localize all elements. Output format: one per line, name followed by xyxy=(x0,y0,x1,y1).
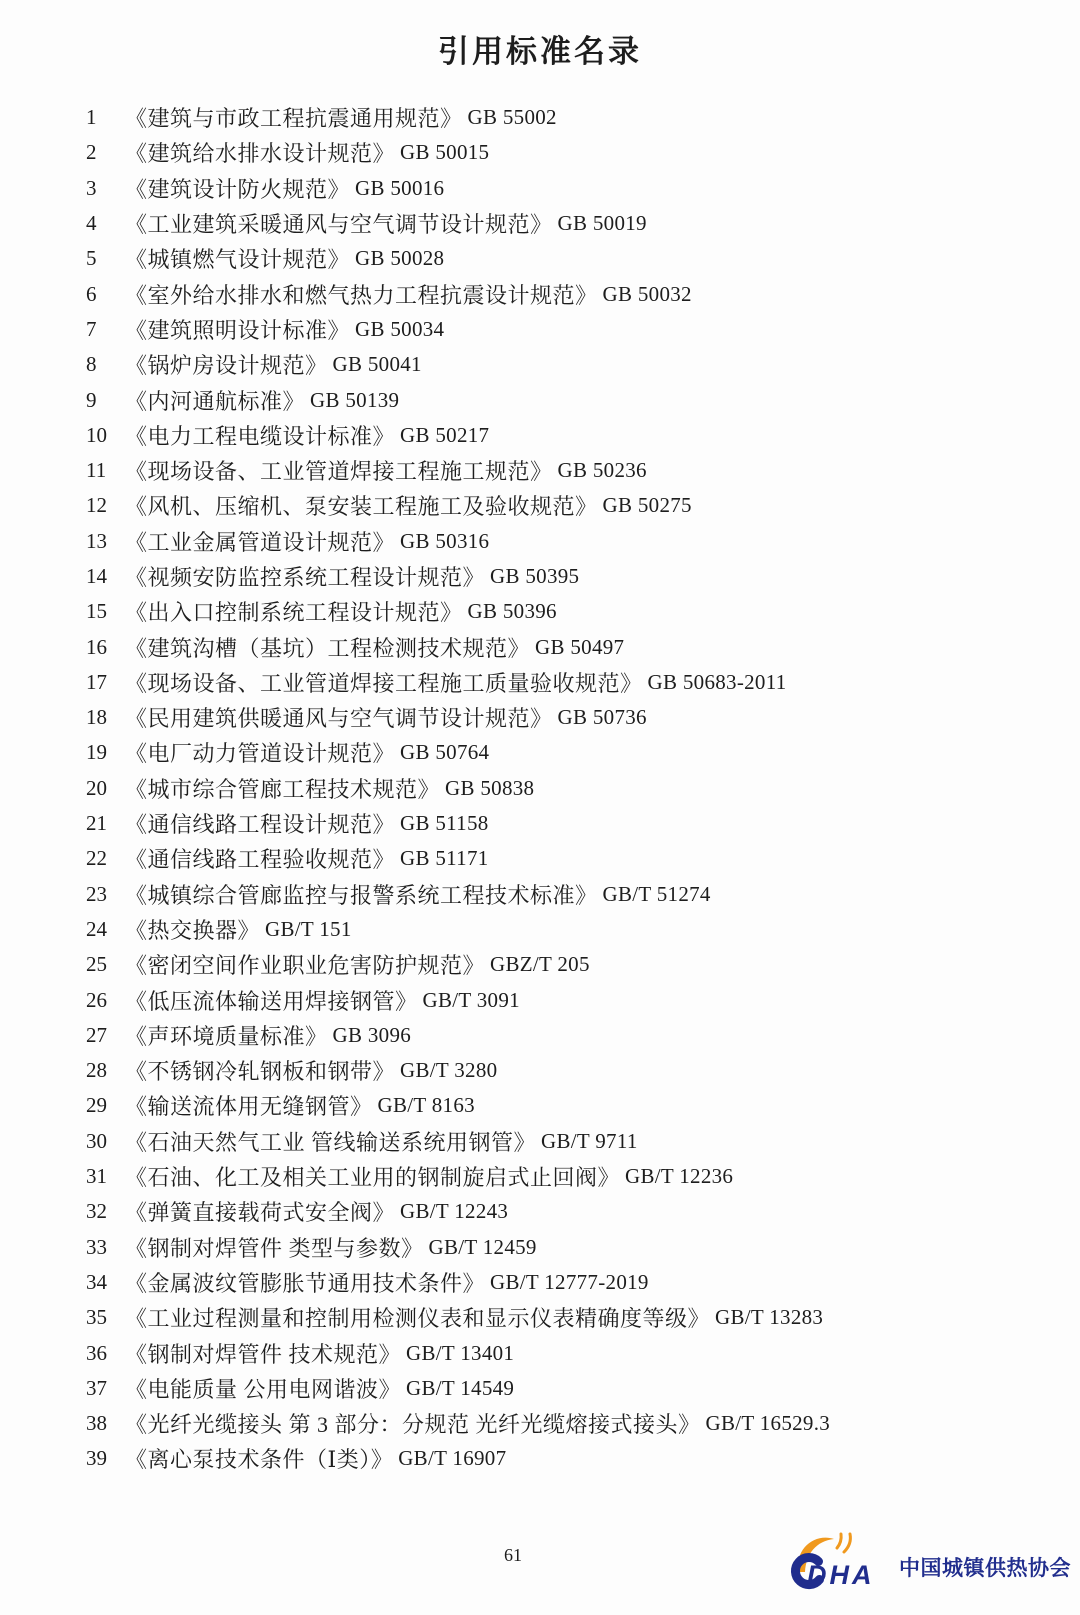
standard-code: GB/T 14549 xyxy=(406,1376,514,1401)
standard-number: 39 xyxy=(86,1446,125,1471)
dha-acronym-text: DHA xyxy=(807,1560,875,1590)
standard-name: 《建筑给水排水设计规范》 xyxy=(125,137,395,168)
standard-list-item: 35 《工业过程测量和控制用检测仪表和显示仪表精确度等级》 GB/T 13283 xyxy=(0,1300,1080,1335)
standard-list-item: 7 《建筑照明设计标准》 GB 50034 xyxy=(0,312,1080,347)
standard-name: 《输送流体用无缝钢管》 xyxy=(125,1090,373,1121)
standard-number: 17 xyxy=(86,670,125,695)
standard-code: GB 3096 xyxy=(333,1023,412,1048)
standard-list-item: 23 《城镇综合管廊监控与报警系统工程技术标准》 GB/T 51274 xyxy=(0,877,1080,912)
standard-number: 13 xyxy=(86,529,125,554)
standard-number: 29 xyxy=(86,1093,125,1118)
standard-code: GB 55002 xyxy=(468,105,557,130)
standard-name: 《室外给水排水和燃气热力工程抗震设计规范》 xyxy=(125,279,598,310)
standard-code: GB/T 51274 xyxy=(603,882,711,907)
standard-code: GB/T 13283 xyxy=(715,1305,823,1330)
standard-name: 《声环境质量标准》 xyxy=(125,1020,328,1051)
standard-number: 26 xyxy=(86,988,125,1013)
standard-code: GB 50764 xyxy=(400,740,489,765)
standard-name: 《建筑沟槽（基坑）工程检测技术规范》 xyxy=(125,632,530,663)
standard-list-item: 15 《出入口控制系统工程设计规范》 GB 50396 xyxy=(0,594,1080,629)
standard-number: 4 xyxy=(86,211,125,236)
standard-number: 19 xyxy=(86,740,125,765)
standard-name: 《低压流体输送用焊接钢管》 xyxy=(125,985,418,1016)
standard-code: GB 50683-2011 xyxy=(648,670,787,695)
standard-number: 6 xyxy=(86,282,125,307)
standard-number: 27 xyxy=(86,1023,125,1048)
standard-code: GB/T 151 xyxy=(265,917,352,942)
signal-arcs-icon xyxy=(837,1534,850,1552)
standard-number: 8 xyxy=(86,352,125,377)
standard-list-item: 30 《石油天然气工业 管线输送系统用钢管》 GB/T 9711 xyxy=(0,1124,1080,1159)
dha-logo-mark: DHA xyxy=(785,1531,887,1591)
standard-number: 1 xyxy=(86,105,125,130)
standard-list-item: 16 《建筑沟槽（基坑）工程检测技术规范》 GB 50497 xyxy=(0,629,1080,664)
standard-number: 10 xyxy=(86,423,125,448)
standard-number: 32 xyxy=(86,1199,125,1224)
standard-number: 33 xyxy=(86,1235,125,1260)
standard-code: GB/T 3280 xyxy=(400,1058,497,1083)
standard-list-item: 4 《工业建筑采暖通风与空气调节设计规范》 GB 50019 xyxy=(0,206,1080,241)
standard-name: 《热交换器》 xyxy=(125,914,260,945)
standard-list-item: 20 《城市综合管廊工程技术规范》 GB 50838 xyxy=(0,771,1080,806)
standard-number: 20 xyxy=(86,776,125,801)
standard-list-item: 29 《输送流体用无缝钢管》 GB/T 8163 xyxy=(0,1088,1080,1123)
standard-code: GB 50016 xyxy=(355,176,444,201)
standard-number: 23 xyxy=(86,882,125,907)
standard-name: 《现场设备、工业管道焊接工程施工质量验收规范》 xyxy=(125,667,643,698)
standard-number: 35 xyxy=(86,1305,125,1330)
standard-code: GB 50497 xyxy=(535,635,624,660)
standard-list-item: 24 《热交换器》 GB/T 151 xyxy=(0,912,1080,947)
standard-name: 《视频安防监控系统工程设计规范》 xyxy=(125,561,485,592)
standard-name: 《内河通航标准》 xyxy=(125,385,305,416)
standard-code: GB 50396 xyxy=(468,599,557,624)
standard-number: 25 xyxy=(86,952,125,977)
standard-code: GB/T 9711 xyxy=(541,1129,638,1154)
standard-number: 9 xyxy=(86,388,125,413)
document-page: 引用标准名录 1 《建筑与市政工程抗震通用规范》 GB 55002 2 《建筑给… xyxy=(0,0,1080,1615)
standard-list-item: 38 《光纤光缆接头 第 3 部分：分规范 光纤光缆熔接式接头》 GB/T 16… xyxy=(0,1406,1080,1441)
standard-list-item: 8 《锅炉房设计规范》 GB 50041 xyxy=(0,347,1080,382)
standard-name: 《石油天然气工业 管线输送系统用钢管》 xyxy=(125,1126,536,1157)
standard-code: GB 50217 xyxy=(400,423,489,448)
standard-name: 《建筑照明设计标准》 xyxy=(125,314,350,345)
standard-number: 15 xyxy=(86,599,125,624)
standard-list-item: 33 《钢制对焊管件 类型与参数》 GB/T 12459 xyxy=(0,1230,1080,1265)
standard-code: GB 50236 xyxy=(558,458,647,483)
standard-list-item: 31 《石油、化工及相关工业用的钢制旋启式止回阀》 GB/T 12236 xyxy=(0,1159,1080,1194)
standard-code: GB/T 12459 xyxy=(429,1235,537,1260)
standard-number: 3 xyxy=(86,176,125,201)
standard-number: 30 xyxy=(86,1129,125,1154)
standard-name: 《城镇燃气设计规范》 xyxy=(125,243,350,274)
org-logo: DHA 中国城镇供热协会 xyxy=(785,1531,1071,1591)
standard-code: GB 50028 xyxy=(355,246,444,271)
standard-list-item: 36 《钢制对焊管件 技术规范》 GB/T 13401 xyxy=(0,1335,1080,1370)
standard-list-item: 2 《建筑给水排水设计规范》 GB 50015 xyxy=(0,135,1080,170)
standard-code: GB/T 3091 xyxy=(423,988,520,1013)
standard-list-item: 9 《内河通航标准》 GB 50139 xyxy=(0,382,1080,417)
standard-code: GB 51171 xyxy=(400,846,489,871)
standard-code: GB 50019 xyxy=(558,211,647,236)
standard-code: GB 50015 xyxy=(400,140,489,165)
standard-code: GB/T 12777-2019 xyxy=(490,1270,649,1295)
org-name: 中国城镇供热协会 xyxy=(899,1558,1071,1591)
standard-code: GB 50736 xyxy=(558,705,647,730)
standard-name: 《工业过程测量和控制用检测仪表和显示仪表精确度等级》 xyxy=(125,1302,710,1333)
standard-number: 28 xyxy=(86,1058,125,1083)
standard-name: 《不锈钢冷轧钢板和钢带》 xyxy=(125,1055,395,1086)
standard-name: 《建筑与市政工程抗震通用规范》 xyxy=(125,102,463,133)
standard-number: 14 xyxy=(86,564,125,589)
standard-name: 《电能质量 公用电网谐波》 xyxy=(125,1373,401,1404)
standard-number: 2 xyxy=(86,140,125,165)
standard-name: 《建筑设计防火规范》 xyxy=(125,173,350,204)
standard-code: GB/T 16529.3 xyxy=(706,1411,831,1436)
standard-name: 《城镇综合管廊监控与报警系统工程技术标准》 xyxy=(125,879,598,910)
standard-list-item: 32 《弹簧直接载荷式安全阀》 GB/T 12243 xyxy=(0,1194,1080,1229)
standard-code: GB 50395 xyxy=(490,564,579,589)
standard-code: GB 51158 xyxy=(400,811,489,836)
standard-code: GB 50838 xyxy=(445,776,534,801)
standard-list-item: 5 《城镇燃气设计规范》 GB 50028 xyxy=(0,241,1080,276)
standard-number: 36 xyxy=(86,1341,125,1366)
standard-number: 18 xyxy=(86,705,125,730)
standard-list-item: 11 《现场设备、工业管道焊接工程施工规范》 GB 50236 xyxy=(0,453,1080,488)
page-number: 61 xyxy=(488,1545,538,1566)
standard-code: GBZ/T 205 xyxy=(490,952,590,977)
standard-list-item: 26 《低压流体输送用焊接钢管》 GB/T 3091 xyxy=(0,982,1080,1017)
standard-code: GB 50032 xyxy=(603,282,692,307)
standard-name: 《光纤光缆接头 第 3 部分：分规范 光纤光缆熔接式接头》 xyxy=(125,1408,701,1439)
standard-name: 《工业金属管道设计规范》 xyxy=(125,526,395,557)
standard-code: GB 50041 xyxy=(333,352,422,377)
standard-number: 11 xyxy=(86,458,125,483)
standard-list-item: 21 《通信线路工程设计规范》 GB 51158 xyxy=(0,806,1080,841)
standard-list-item: 13 《工业金属管道设计规范》 GB 50316 xyxy=(0,524,1080,559)
standards-list: 1 《建筑与市政工程抗震通用规范》 GB 55002 2 《建筑给水排水设计规范… xyxy=(0,100,1080,1477)
standard-list-item: 17 《现场设备、工业管道焊接工程施工质量验收规范》 GB 50683-2011 xyxy=(0,665,1080,700)
standard-number: 37 xyxy=(86,1376,125,1401)
standard-number: 38 xyxy=(86,1411,125,1436)
standard-list-item: 10 《电力工程电缆设计标准》 GB 50217 xyxy=(0,418,1080,453)
standard-number: 22 xyxy=(86,846,125,871)
standard-name: 《通信线路工程设计规范》 xyxy=(125,808,395,839)
standard-name: 《民用建筑供暖通风与空气调节设计规范》 xyxy=(125,702,553,733)
standard-list-item: 14 《视频安防监控系统工程设计规范》 GB 50395 xyxy=(0,559,1080,594)
standard-list-item: 39 《离心泵技术条件（Ⅰ类）》 GB/T 16907 xyxy=(0,1441,1080,1476)
standard-code: GB 50139 xyxy=(310,388,399,413)
standard-name: 《离心泵技术条件（Ⅰ类）》 xyxy=(125,1443,393,1474)
standard-list-item: 22 《通信线路工程验收规范》 GB 51171 xyxy=(0,841,1080,876)
standard-list-item: 27 《声环境质量标准》 GB 3096 xyxy=(0,1018,1080,1053)
standard-number: 24 xyxy=(86,917,125,942)
standard-name: 《电厂动力管道设计规范》 xyxy=(125,737,395,768)
standard-list-item: 12 《风机、压缩机、泵安装工程施工及验收规范》 GB 50275 xyxy=(0,488,1080,523)
standard-code: GB/T 12236 xyxy=(625,1164,733,1189)
standard-number: 16 xyxy=(86,635,125,660)
standard-code: GB 50316 xyxy=(400,529,489,554)
standard-list-item: 1 《建筑与市政工程抗震通用规范》 GB 55002 xyxy=(0,100,1080,135)
standard-number: 34 xyxy=(86,1270,125,1295)
standard-list-item: 25 《密闭空间作业职业危害防护规范》 GBZ/T 205 xyxy=(0,947,1080,982)
standard-number: 31 xyxy=(86,1164,125,1189)
standard-name: 《锅炉房设计规范》 xyxy=(125,349,328,380)
standard-name: 《石油、化工及相关工业用的钢制旋启式止回阀》 xyxy=(125,1161,620,1192)
standard-name: 《出入口控制系统工程设计规范》 xyxy=(125,596,463,627)
standard-number: 5 xyxy=(86,246,125,271)
standard-name: 《钢制对焊管件 技术规范》 xyxy=(125,1338,401,1369)
standard-code: GB/T 16907 xyxy=(398,1446,506,1471)
standard-name: 《钢制对焊管件 类型与参数》 xyxy=(125,1232,424,1263)
standard-name: 《通信线路工程验收规范》 xyxy=(125,843,395,874)
page-title: 引用标准名录 xyxy=(0,26,1080,71)
standard-code: GB/T 13401 xyxy=(406,1341,514,1366)
standard-list-item: 18 《民用建筑供暖通风与空气调节设计规范》 GB 50736 xyxy=(0,700,1080,735)
standard-name: 《风机、压缩机、泵安装工程施工及验收规范》 xyxy=(125,490,598,521)
standard-code: GB 50275 xyxy=(603,493,692,518)
standard-list-item: 37 《电能质量 公用电网谐波》 GB/T 14549 xyxy=(0,1371,1080,1406)
standard-name: 《密闭空间作业职业危害防护规范》 xyxy=(125,949,485,980)
standard-code: GB 50034 xyxy=(355,317,444,342)
standard-code: GB/T 8163 xyxy=(378,1093,475,1118)
standard-list-item: 34 《金属波纹管膨胀节通用技术条件》 GB/T 12777-2019 xyxy=(0,1265,1080,1300)
standard-number: 21 xyxy=(86,811,125,836)
standard-list-item: 6 《室外给水排水和燃气热力工程抗震设计规范》 GB 50032 xyxy=(0,276,1080,311)
standard-name: 《现场设备、工业管道焊接工程施工规范》 xyxy=(125,455,553,486)
standard-name: 《城市综合管廊工程技术规范》 xyxy=(125,773,440,804)
standard-code: GB/T 12243 xyxy=(400,1199,508,1224)
standard-name: 《电力工程电缆设计标准》 xyxy=(125,420,395,451)
standard-list-item: 19 《电厂动力管道设计规范》 GB 50764 xyxy=(0,735,1080,770)
standard-name: 《工业建筑采暖通风与空气调节设计规范》 xyxy=(125,208,553,239)
standard-list-item: 3 《建筑设计防火规范》 GB 50016 xyxy=(0,171,1080,206)
standard-list-item: 28 《不锈钢冷轧钢板和钢带》 GB/T 3280 xyxy=(0,1053,1080,1088)
standard-number: 7 xyxy=(86,317,125,342)
standard-name: 《弹簧直接载荷式安全阀》 xyxy=(125,1196,395,1227)
standard-name: 《金属波纹管膨胀节通用技术条件》 xyxy=(125,1267,485,1298)
standard-number: 12 xyxy=(86,493,125,518)
